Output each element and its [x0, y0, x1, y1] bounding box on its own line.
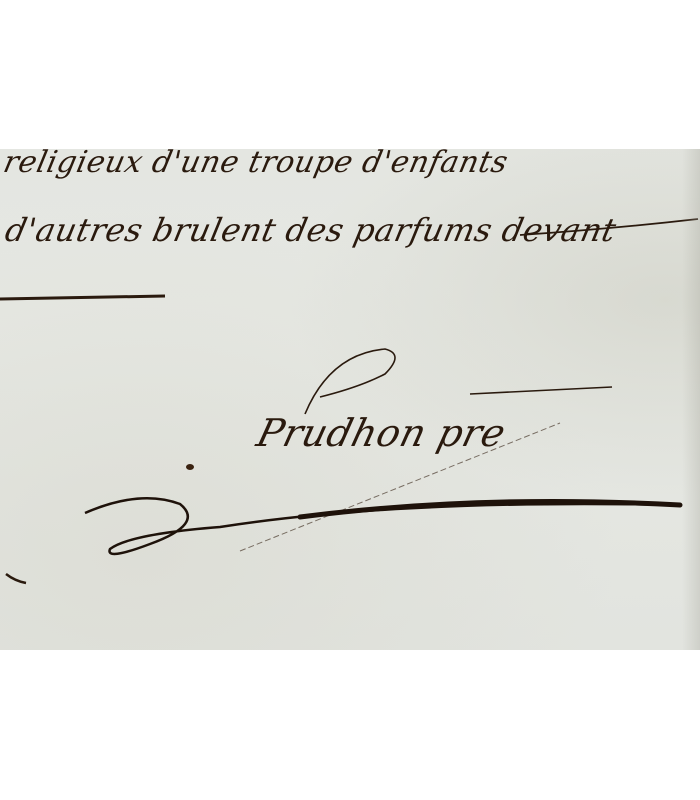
separator-rule [0, 296, 165, 299]
stray-stroke [6, 574, 26, 583]
manuscript-photo: religieux d'une troupe d'enfants d'autre… [0, 149, 700, 650]
line-filler-stroke [520, 219, 698, 235]
ink-dot [186, 464, 194, 470]
ink-strokes [0, 149, 700, 650]
signature-loop [305, 349, 395, 414]
faint-diagonal [240, 423, 560, 551]
signature-tail [470, 387, 612, 394]
